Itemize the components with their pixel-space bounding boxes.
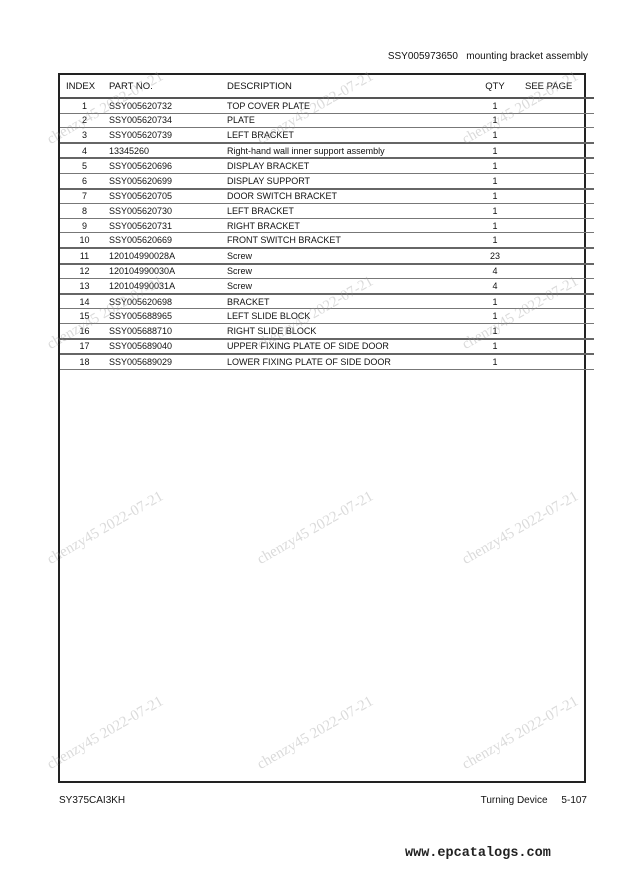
cell-description: LEFT BRACKET: [227, 128, 465, 143]
cell-qty: 1: [465, 354, 525, 369]
cell-index: 2: [60, 113, 109, 128]
footer-page-number: 5-107: [561, 795, 587, 806]
col-see-page: SEE PAGE: [525, 75, 594, 98]
table-row: 2SSY005620734PLATE1: [60, 113, 594, 128]
cell-qty: 1: [465, 204, 525, 219]
cell-part-no: SSY005620731: [109, 218, 227, 233]
footer-section-page: Turning Device 5-107: [481, 795, 587, 806]
cell-part-no: SSY005620696: [109, 158, 227, 173]
cell-part-no: SSY005620732: [109, 98, 227, 113]
cell-description: RIGHT BRACKET: [227, 218, 465, 233]
cell-description: FRONT SWITCH BRACKET: [227, 233, 465, 248]
footer-section: Turning Device: [481, 795, 548, 806]
cell-qty: 1: [465, 173, 525, 188]
table-row: 5SSY005620696DISPLAY BRACKET1: [60, 158, 594, 173]
cell-index: 9: [60, 218, 109, 233]
cell-qty: 4: [465, 279, 525, 294]
cell-description: PLATE: [227, 113, 465, 128]
cell-part-no: SSY005620705: [109, 189, 227, 204]
cell-part-no: 120104990031A: [109, 279, 227, 294]
table-row: 14SSY005620698BRACKET1: [60, 294, 594, 309]
cell-qty: 1: [465, 294, 525, 309]
cell-see-page: [525, 309, 594, 324]
table-row: 9SSY005620731RIGHT BRACKET1: [60, 218, 594, 233]
cell-index: 5: [60, 158, 109, 173]
table-row: 8SSY005620730LEFT BRACKET1: [60, 204, 594, 219]
table-row: 15SSY005688965LEFT SLIDE BLOCK1: [60, 309, 594, 324]
cell-see-page: [525, 113, 594, 128]
cell-qty: 4: [465, 264, 525, 279]
cell-index: 6: [60, 173, 109, 188]
cell-qty: 1: [465, 113, 525, 128]
cell-description: Screw: [227, 279, 465, 294]
table-row: 3SSY005620739LEFT BRACKET1: [60, 128, 594, 143]
assembly-part-number: SSY005973650: [388, 51, 458, 62]
table-row: 18SSY005689029LOWER FIXING PLATE OF SIDE…: [60, 354, 594, 369]
cell-see-page: [525, 204, 594, 219]
cell-see-page: [525, 98, 594, 113]
table-row: 7SSY005620705DOOR SWITCH BRACKET1: [60, 189, 594, 204]
col-qty: QTY: [465, 75, 525, 98]
cell-description: Right-hand wall inner support assembly: [227, 143, 465, 159]
cell-part-no: SSY005620699: [109, 173, 227, 188]
cell-description: Screw: [227, 248, 465, 264]
cell-description: UPPER FIXING PLATE OF SIDE DOOR: [227, 339, 465, 355]
parts-table: INDEX PART NO. DESCRIPTION QTY SEE PAGE …: [60, 75, 594, 370]
cell-qty: 1: [465, 339, 525, 355]
cell-part-no: SSY005688965: [109, 309, 227, 324]
cell-see-page: [525, 143, 594, 159]
cell-description: TOP COVER PLATE: [227, 98, 465, 113]
table-header-row: INDEX PART NO. DESCRIPTION QTY SEE PAGE: [60, 75, 594, 98]
cell-description: DISPLAY SUPPORT: [227, 173, 465, 188]
cell-index: 13: [60, 279, 109, 294]
table-row: 413345260Right-hand wall inner support a…: [60, 143, 594, 159]
table-row: 12120104990030AScrew4: [60, 264, 594, 279]
cell-part-no: SSY005689029: [109, 354, 227, 369]
cell-description: BRACKET: [227, 294, 465, 309]
site-watermark: www.epcatalogs.com: [405, 846, 551, 861]
cell-see-page: [525, 323, 594, 338]
cell-part-no: SSY005620734: [109, 113, 227, 128]
cell-part-no: 13345260: [109, 143, 227, 159]
cell-see-page: [525, 173, 594, 188]
cell-index: 14: [60, 294, 109, 309]
cell-description: LEFT SLIDE BLOCK: [227, 309, 465, 324]
cell-part-no: SSY005620739: [109, 128, 227, 143]
cell-description: RIGHT SLIDE BLOCK: [227, 323, 465, 338]
cell-index: 10: [60, 233, 109, 248]
cell-part-no: SSY005620730: [109, 204, 227, 219]
cell-index: 4: [60, 143, 109, 159]
cell-qty: 1: [465, 309, 525, 324]
cell-qty: 1: [465, 189, 525, 204]
cell-see-page: [525, 158, 594, 173]
cell-part-no: SSY005620669: [109, 233, 227, 248]
cell-index: 12: [60, 264, 109, 279]
assembly-name: mounting bracket assembly: [466, 51, 588, 62]
cell-description: Screw: [227, 264, 465, 279]
cell-see-page: [525, 264, 594, 279]
cell-see-page: [525, 279, 594, 294]
cell-qty: 1: [465, 323, 525, 338]
cell-index: 15: [60, 309, 109, 324]
cell-qty: 1: [465, 158, 525, 173]
cell-see-page: [525, 128, 594, 143]
cell-index: 18: [60, 354, 109, 369]
col-index: INDEX: [60, 75, 109, 98]
cell-qty: 1: [465, 128, 525, 143]
table-row: 6SSY005620699DISPLAY SUPPORT1: [60, 173, 594, 188]
table-row: 17SSY005689040UPPER FIXING PLATE OF SIDE…: [60, 339, 594, 355]
cell-part-no: SSY005689040: [109, 339, 227, 355]
col-description: DESCRIPTION: [227, 75, 465, 98]
parts-table-frame: INDEX PART NO. DESCRIPTION QTY SEE PAGE …: [58, 73, 586, 783]
cell-description: LOWER FIXING PLATE OF SIDE DOOR: [227, 354, 465, 369]
cell-part-no: SSY005620698: [109, 294, 227, 309]
cell-see-page: [525, 218, 594, 233]
cell-see-page: [525, 233, 594, 248]
cell-part-no: 120104990028A: [109, 248, 227, 264]
cell-qty: 1: [465, 233, 525, 248]
cell-qty: 23: [465, 248, 525, 264]
cell-description: LEFT BRACKET: [227, 204, 465, 219]
cell-qty: 1: [465, 98, 525, 113]
table-row: 11120104990028AScrew23: [60, 248, 594, 264]
cell-index: 1: [60, 98, 109, 113]
cell-see-page: [525, 354, 594, 369]
cell-index: 17: [60, 339, 109, 355]
footer-model: SY375CAI3KH: [59, 795, 125, 806]
table-row: 13120104990031AScrew4: [60, 279, 594, 294]
cell-qty: 1: [465, 218, 525, 233]
assembly-header: SSY005973650 mounting bracket assembly: [388, 51, 588, 62]
cell-part-no: 120104990030A: [109, 264, 227, 279]
cell-description: DOOR SWITCH BRACKET: [227, 189, 465, 204]
cell-index: 11: [60, 248, 109, 264]
table-row: 10SSY005620669FRONT SWITCH BRACKET1: [60, 233, 594, 248]
cell-index: 3: [60, 128, 109, 143]
table-row: 1SSY005620732TOP COVER PLATE1: [60, 98, 594, 113]
cell-index: 8: [60, 204, 109, 219]
cell-description: DISPLAY BRACKET: [227, 158, 465, 173]
cell-index: 7: [60, 189, 109, 204]
cell-see-page: [525, 294, 594, 309]
table-row: 16SSY005688710RIGHT SLIDE BLOCK1: [60, 323, 594, 338]
cell-see-page: [525, 189, 594, 204]
col-part-no: PART NO.: [109, 75, 227, 98]
cell-qty: 1: [465, 143, 525, 159]
cell-part-no: SSY005688710: [109, 323, 227, 338]
cell-see-page: [525, 339, 594, 355]
cell-index: 16: [60, 323, 109, 338]
cell-see-page: [525, 248, 594, 264]
